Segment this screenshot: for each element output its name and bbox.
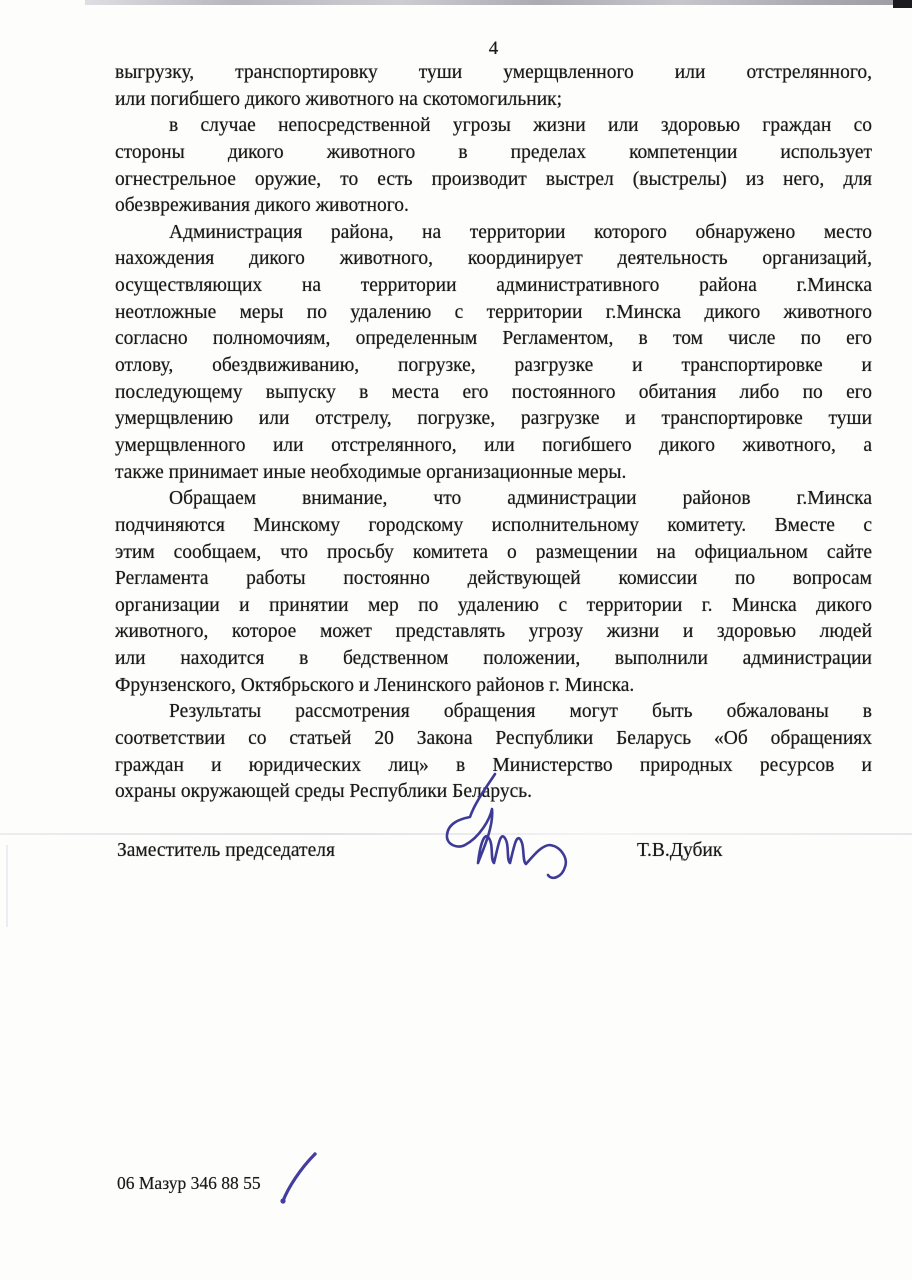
text-line: нахождения дикого животного, координируе… bbox=[115, 246, 872, 273]
text-line: подчиняются Минскому городскому исполнит… bbox=[115, 513, 872, 540]
signature-title: Заместитель председателя bbox=[117, 840, 335, 862]
body-paragraph: в случае непосредственной угрозы жизни и… bbox=[115, 113, 872, 220]
text-line: или находится в бедственном положении, в… bbox=[115, 646, 872, 673]
text-line: последующему выпуску в места его постоян… bbox=[115, 380, 872, 407]
text-line: Фрунзенского, Октябрьского и Ленинского … bbox=[115, 673, 872, 700]
document-body: выгрузку, транспортировку туши умерщвлен… bbox=[115, 60, 872, 806]
text-line: Обращаем внимание, что администрации рай… bbox=[115, 486, 872, 513]
text-line: этим сообщаем, что просьбу комитета о ра… bbox=[115, 540, 872, 567]
text-line: Регламента работы постоянно действующей … bbox=[115, 566, 872, 593]
text-line: соответствии со статьей 20 Закона Респуб… bbox=[115, 726, 872, 753]
text-line: Администрация района, на территории кото… bbox=[115, 220, 872, 247]
text-line: умерщвленного или отстрелянного, или пог… bbox=[115, 433, 872, 460]
text-line: умерщвлению или отстрелу, погрузке, разг… bbox=[115, 406, 872, 433]
text-line: согласно полномочиям, определенным Регла… bbox=[115, 326, 872, 353]
text-line: организации и принятии мер по удалению с… bbox=[115, 593, 872, 620]
signatory-name: Т.В.Дубик bbox=[637, 840, 722, 862]
text-line: отлову, обездвиживанию, погрузке, разгру… bbox=[115, 353, 872, 380]
text-line: Результаты рассмотрения обращения могут … bbox=[115, 699, 872, 726]
text-line: выгрузку, транспортировку туши умерщвлен… bbox=[115, 60, 872, 87]
scan-artifact-top-band bbox=[85, 0, 912, 5]
text-line: в случае непосредственной угрозы жизни и… bbox=[115, 113, 872, 140]
text-line: или погибшего дикого животного на скотом… bbox=[115, 87, 872, 114]
page-number: 4 bbox=[115, 38, 872, 60]
signature-scribble-icon bbox=[430, 766, 590, 886]
text-line: стороны дикого животного в пределах комп… bbox=[115, 140, 872, 167]
text-line: обезвреживания дикого животного. bbox=[115, 193, 872, 220]
body-paragraph: Обращаем внимание, что администрации рай… bbox=[115, 486, 872, 699]
scanned-document-page: 4 выгрузку, транспортировку туши умерщвл… bbox=[0, 0, 912, 1280]
text-line: животного, которое может представлять уг… bbox=[115, 619, 872, 646]
text-line: осуществляющих на территории администрат… bbox=[115, 273, 872, 300]
footer-reference: 06 Мазур 346 88 55 bbox=[117, 1173, 261, 1194]
scan-artifact-corner-mark bbox=[893, 0, 912, 8]
text-line: также принимает иные необходимые организ… bbox=[115, 460, 872, 487]
body-paragraph: Администрация района, на территории кото… bbox=[115, 220, 872, 486]
text-line: огнестрельное оружие, то есть производит… bbox=[115, 167, 872, 194]
body-paragraph: выгрузку, транспортировку туши умерщвлен… bbox=[115, 60, 872, 113]
text-line: неотложные меры по удалению с территории… bbox=[115, 300, 872, 327]
pen-mark-icon bbox=[270, 1143, 328, 1211]
scan-edge-line bbox=[6, 845, 8, 927]
